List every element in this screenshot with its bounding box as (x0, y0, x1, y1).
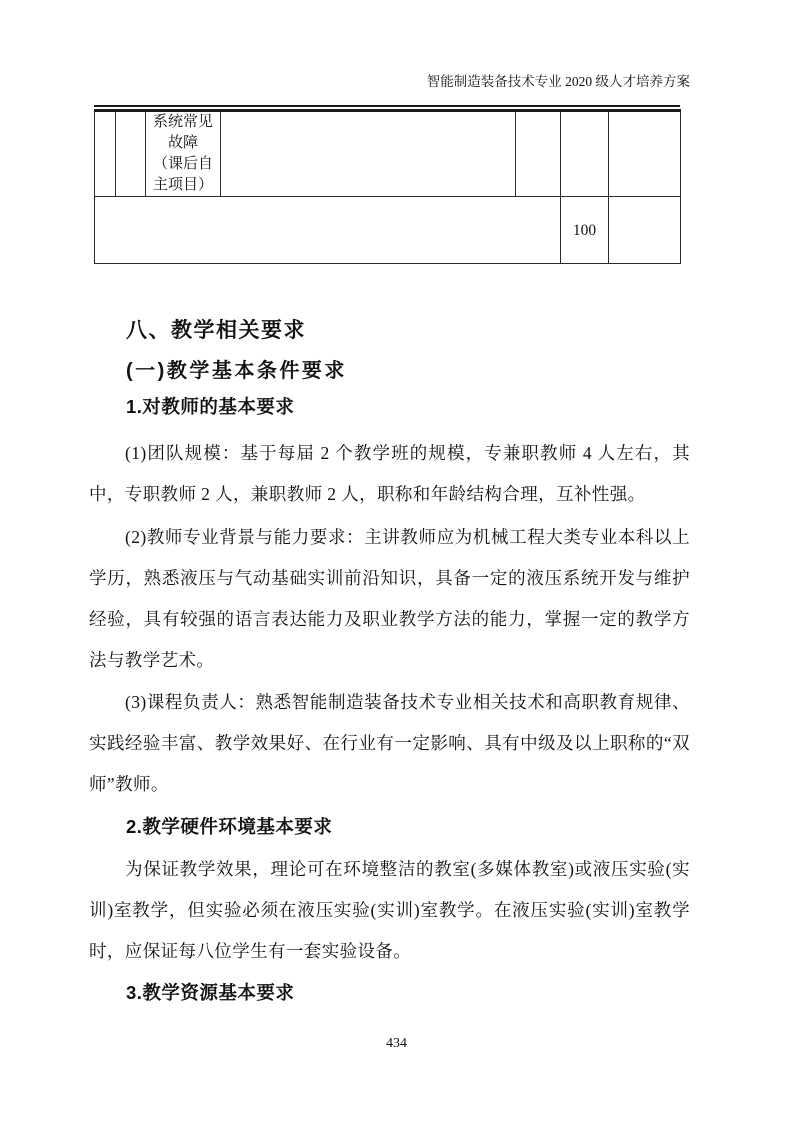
item1-paragraph-3: (3)课程负责人：熟悉智能制造装备技术专业相关技术和高职教育规律、实践经验丰富、… (89, 682, 690, 805)
item3-heading: 3.教学资源基本要求 (89, 972, 690, 1013)
table-cell-empty (516, 111, 561, 197)
table-cell-empty (95, 197, 561, 264)
topic-line: （课后自 (146, 154, 220, 175)
document-body: 八、教学相关要求 (一)教学基本条件要求 1.对教师的基本要求 (1)团队规模：… (89, 310, 690, 1013)
item1-heading: 1.对教师的基本要求 (89, 386, 690, 427)
page-number: 434 (0, 1034, 793, 1054)
table-cell-empty (95, 111, 116, 197)
topic-line: 系统常见 (146, 112, 220, 133)
running-header-title: 智能制造装备技术专业 2020 级人才培养方案 (89, 72, 690, 92)
item1-paragraph-1: (1)团队规模：基于每届 2 个教学班的规模，专兼职教师 4 人左右，其中，专职… (89, 433, 690, 515)
item2-heading: 2.教学硬件环境基本要求 (89, 806, 690, 847)
topic-line: 故障 (146, 133, 220, 154)
topic-line: 主项目） (146, 175, 220, 196)
table-cell-empty (561, 111, 609, 197)
document-page: 智能制造装备技术专业 2020 级人才培养方案 系统常见 故障 （课后自 主项目… (0, 0, 793, 1122)
table-row-continued: 系统常见 故障 （课后自 主项目） (95, 111, 681, 197)
table-cell-empty (609, 197, 681, 264)
table-cell-empty (116, 111, 146, 197)
table-total-row: 100 (95, 197, 681, 264)
score-table: 系统常见 故障 （课后自 主项目） 100 (94, 109, 681, 264)
chapter-heading: 八、教学相关要求 (89, 310, 690, 351)
table-cell-empty (609, 111, 681, 197)
table-page-break-rule (94, 105, 680, 107)
total-score-cell: 100 (561, 197, 609, 264)
topic-cell: 系统常见 故障 （课后自 主项目） (146, 111, 221, 197)
item1-paragraph-2: (2)教师专业背景与能力要求：主讲教师应为机械工程大类专业本科以上学历，熟悉液压… (89, 517, 690, 681)
table-cell-empty (221, 111, 516, 197)
item2-paragraph-1: 为保证教学效果，理论可在环境整洁的教室(多媒体教室)或液压实验(实训)室教学，但… (89, 849, 690, 972)
